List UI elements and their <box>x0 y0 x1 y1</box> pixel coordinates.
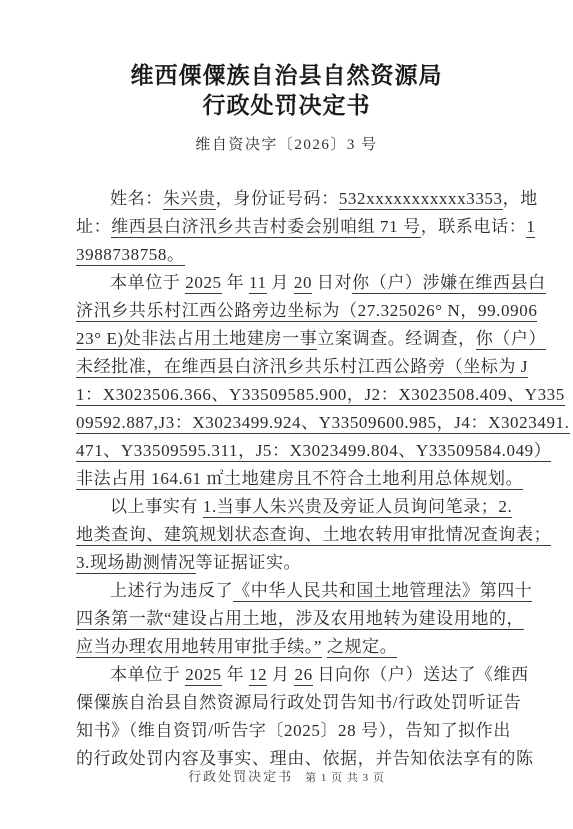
filled-in-value: 2025 <box>185 273 221 294</box>
template-text: 日对 <box>312 273 352 292</box>
text-line: 3988738758。 <box>76 241 513 269</box>
filled-in-value: 1.当事人朱兴贵及旁证人员询问笔录；2. <box>203 497 513 518</box>
filled-in-value: 12 <box>249 665 267 686</box>
text-line: 1：X3023506.366、Y33509585.900，J2：X3023508… <box>76 381 513 409</box>
template-text: ，身份证号码： <box>216 189 339 208</box>
document-title-line2: 行政处罚决定书 <box>0 90 573 120</box>
filled-in-value: 1：X3023506.366、Y33509585.900，J2：X3023508… <box>76 385 565 406</box>
filled-in-value: 你（户） <box>476 329 546 350</box>
document-header: 维西傈僳族自治县自然资源局 行政处罚决定书 <box>0 0 573 120</box>
text-line: 本单位于 2025 年 11 月 20 日对你（户）涉嫌在维西县白 <box>76 269 513 297</box>
footer-doc-type: 行政处罚决定书 <box>188 769 293 784</box>
filled-in-value: 朱兴贵 <box>163 189 216 210</box>
document-page: 维西傈僳族自治县自然资源局 行政处罚决定书 维自资决字〔2026〕3 号 姓名：… <box>0 0 573 829</box>
text-line: 未经批准，在维西县白济汛乡共乐村江西公路旁（坐标为 J <box>76 353 513 381</box>
filled-in-value: 3988738758。 <box>76 245 185 266</box>
filled-in-value: 四条第一款“建设占用土地，涉及农用地转为建设用地的， <box>76 609 524 630</box>
filled-in-value: 11 <box>249 273 267 294</box>
filled-in-value: 非法占用 164.61 ㎡土地建房且不符合土地利用总体规划。 <box>76 469 523 490</box>
filled-in-value: 471、Y33509595.311，J5：X3023499.804、Y33509… <box>76 441 551 462</box>
document-body: 姓名：朱兴贵，身份证号码：532xxxxxxxxxxx3353，地址：维西县白济… <box>76 185 513 773</box>
document-title-line1: 维西傈僳族自治县自然资源局 <box>0 60 573 90</box>
template-text: 姓名： <box>110 189 163 208</box>
filled-in-value: 《中华人民共和国土地管理法》第四十 <box>233 581 532 602</box>
filled-in-value: 未经批准，在维西县白济汛乡共乐村江西公路旁（坐标为 J <box>76 357 528 378</box>
text-line: 济汛乡共乐村江西公路旁边坐标为（27.325026° N，99.0906 <box>76 297 513 325</box>
template-text: ，地 <box>503 189 538 208</box>
template-text: 日向你（户）送达了《维西 <box>313 665 529 684</box>
template-text: 址： <box>76 217 111 236</box>
text-line: 3.现场勘测情况等证据证实。 <box>76 549 513 577</box>
template-text: ，联系电话： <box>421 217 527 236</box>
page-footer: 行政处罚决定书 第 1 页 共 3 页 <box>0 766 573 786</box>
text-line: 上述行为违反了《中华人民共和国土地管理法》第四十 <box>76 577 513 605</box>
filled-in-value: 09592.887,J3：X3023499.924、Y33509600.985，… <box>76 413 570 434</box>
text-line: 09592.887,J3：X3023499.924、Y33509600.985，… <box>76 409 513 437</box>
template-text: 立案调查。经调查， <box>317 329 475 348</box>
filled-in-value: 地类查询、建筑规划状态查询、土地农转用审批情况查询表； <box>76 525 551 546</box>
filled-in-value: 你（户）涉嫌在维西县白 <box>352 273 546 294</box>
document-number: 维自资决字〔2026〕3 号 <box>0 133 573 154</box>
filled-in-value: 3.现场勘测情况 <box>76 553 196 574</box>
template-text: 年 <box>222 273 249 292</box>
filled-in-value: 23° E)处非法占用土地建房一事 <box>76 329 317 350</box>
template-text: 上述行为违反了 <box>110 581 233 600</box>
template-text: 等证据证实。 <box>196 553 302 572</box>
text-line: 以上事实有 1.当事人朱兴贵及旁证人员询问笔录；2. <box>76 493 513 521</box>
text-line: 傈僳族自治县自然资源局行政处罚告知书/行政处罚听证告 <box>76 689 513 717</box>
filled-in-value: 之规定。 <box>327 637 397 658</box>
filled-in-value: 济汛乡共乐村江西公路旁边坐标为（27.325026° N，99.0906 <box>76 301 537 322</box>
filled-in-value: 2025 <box>185 665 221 686</box>
text-line: 23° E)处非法占用土地建房一事立案调查。经调查，你（户） <box>76 325 513 353</box>
template-text: 本单位于 <box>110 665 185 684</box>
template-text: 本单位于 <box>110 273 185 292</box>
text-line: 址：维西县白济汛乡共吉村委会别咱组 71 号，联系电话：1 <box>76 213 513 241</box>
filled-in-value: 26 <box>294 665 312 686</box>
text-line: 知书》（维自资罚/听告字〔2025〕28 号），告知了拟作出 <box>76 717 513 745</box>
filled-in-value: 应当办理农用地转用审批手续。” <box>76 637 322 658</box>
text-line: 非法占用 164.61 ㎡土地建房且不符合土地利用总体规划。 <box>76 465 513 493</box>
filled-in-value: 1 <box>526 217 535 238</box>
footer-page-info: 第 1 页 共 3 页 <box>305 772 385 784</box>
text-line: 应当办理农用地转用审批手续。” 之规定。 <box>76 633 513 661</box>
template-text: 知书》（维自资罚/听告字〔2025〕28 号），告知了拟作出 <box>76 721 511 740</box>
template-text: 年 <box>222 665 249 684</box>
text-line: 本单位于 2025 年 12 月 26 日向你（户）送达了《维西 <box>76 661 513 689</box>
text-line: 姓名：朱兴贵，身份证号码：532xxxxxxxxxxx3353，地 <box>76 185 513 213</box>
filled-in-value: 532xxxxxxxxxxx3353 <box>339 189 503 210</box>
template-text: 月 <box>267 665 294 684</box>
text-line: 地类查询、建筑规划状态查询、土地农转用审批情况查询表； <box>76 521 513 549</box>
template-text: 以上事实有 <box>110 497 203 516</box>
filled-in-value: 20 <box>294 273 312 294</box>
template-text: 傈僳族自治县自然资源局行政处罚告知书/行政处罚听证告 <box>76 693 521 712</box>
text-line: 471、Y33509595.311，J5：X3023499.804、Y33509… <box>76 437 513 465</box>
text-line: 四条第一款“建设占用土地，涉及农用地转为建设用地的， <box>76 605 513 633</box>
filled-in-value: 维西县白济汛乡共吉村委会别咱组 71 号 <box>111 217 421 238</box>
template-text: 月 <box>267 273 294 292</box>
